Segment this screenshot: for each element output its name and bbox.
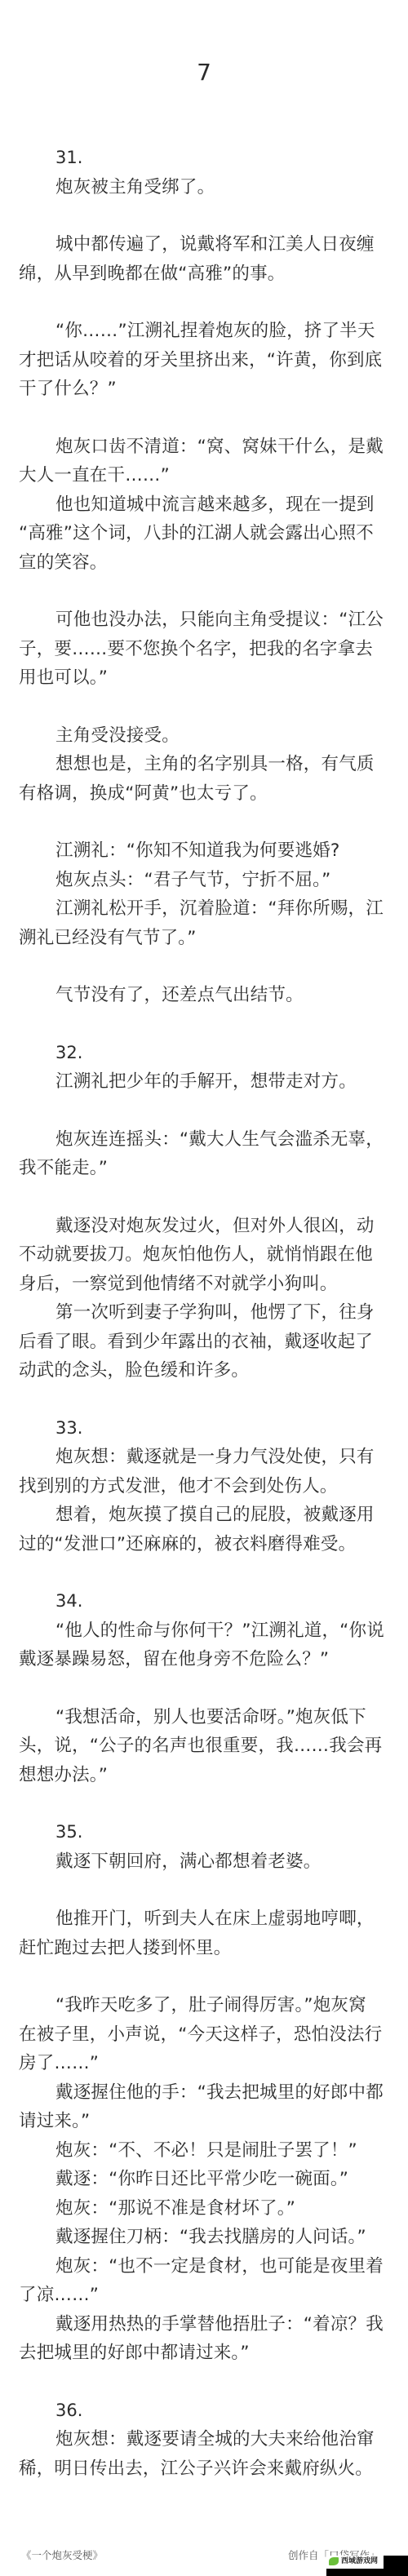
text-line: 江溯礼松开手，沉着脸道：“拜你所赐，江 [19,894,391,924]
text-line: “他人的性命与你何干？”江溯礼道，“你说 [19,1616,391,1646]
text-line: 赶忙跑过去把人搂到怀里。 [19,1934,391,1963]
text-line: 江溯礼把少年的手解开，想带走对方。 [19,1067,391,1097]
text-line: 戴逐用热热的手掌替他捂肚子：“着凉？我 [19,2310,391,2339]
text-line: 戴逐握住他的手：“我去把城里的好郎中都 [19,2078,391,2108]
paragraph-gap [19,1876,391,1904]
paragraph: 戴逐握住他的手：“我去把城里的好郎中都请过来。” [19,2078,391,2136]
footer: 《一个炮灰受梗》 创作自「口袋写作」 西域游戏网 [0,2544,408,2576]
paragraph-gap [19,808,391,836]
text-line: 有格调，换成“阿黄”也太亏了。 [19,779,391,809]
text-line: 江溯礼：“你知不知道我为何要逃婚? [19,836,391,866]
watermark: 西域游戏网 [326,2556,408,2576]
paragraph: 炮灰口齿不清道：“窝、窝妹干什么，是戴大人一直在干……” [19,432,391,490]
text-line: 炮灰：“不、不必！只是闹肚子罢了！” [19,2136,391,2166]
text-line: 戴逐没对炮灰发过火，但对外人很凶，动 [19,1212,391,1241]
paragraph: 炮灰想：戴逐就是一身力气没处使，只有找到别的方式发泄，他才不会到处伤人。 [19,1443,391,1501]
text-line: 稀，明日传出去，江公子兴许会来戴府纵火。 [19,2454,391,2484]
paragraph: 气节没有了，还差点气出结节。 [19,981,391,1010]
section-number: 33. [19,1414,391,1443]
section-number: 34. [19,1587,391,1616]
paragraph: 炮灰：“也不一定是食材，也可能是夜里着了凉……” [19,2252,391,2310]
page-number: 7 [0,59,408,86]
paragraph: 炮灰连连摇头：“戴大人生气会滥杀无辜，我不能走。” [19,1125,391,1183]
text-line: 戴逐下朝回府，满心都想着老婆。 [19,1847,391,1877]
paragraph: 戴逐用热热的手掌替他捂肚子：“着凉？我去把城里的好郎中都请过来。” [19,2310,391,2368]
text-line: 城中都传遍了，说戴将军和江美人日夜缠 [19,230,391,259]
leaf-logo-icon [329,2557,339,2565]
paragraph: “你……”江溯礼捏着炮灰的脸，挤了半天才把话从咬着的牙关里挤出来，“许黄，你到底… [19,317,391,404]
paragraph: 戴逐没对炮灰发过火，但对外人很凶，动不动就要拔刀。炮灰怕他伤人，就悄悄跟在他身后… [19,1212,391,1299]
text-line: 不动就要拔刀。炮灰怕他伤人，就悄悄跟在他 [19,1240,391,1270]
text-line: 戴逐握住刀柄：“我去找膳房的人问话。” [19,2223,391,2252]
paragraph-gap [19,1962,391,1991]
section-number: 31. [19,144,391,173]
text-line: “高雅”这个词，八卦的江湖人就会露出心照不 [19,519,391,548]
text-line: 去把城里的好郎中都请过来。” [19,2339,391,2368]
text-line: 宣的笑容。 [19,548,391,578]
paragraph: 可他也没办法，只能向主角受提议：“江公子，要……要不您换个名字，把我的名字拿去用… [19,605,391,693]
text-line: 炮灰想：戴逐就是一身力气没处使，只有 [19,1443,391,1472]
text-line: 他推开门，听到夫人在床上虚弱地哼唧， [19,1904,391,1934]
book-title: 《一个炮灰受梗》 [21,2547,103,2562]
paragraph-gap [19,1558,391,1587]
text-line: “我想活命，别人也要活命呀。”炮灰低下 [19,1703,391,1732]
paragraph: “我昨天吃多了，肚子闹得厉害。”炮灰窝在被子里，小声说，“今天这样子，恐怕没法行… [19,1991,391,2078]
paragraph-gap [19,404,391,432]
paragraph: 他推开门，听到夫人在床上虚弱地哼唧，赶忙跑过去把人搂到怀里。 [19,1904,391,1962]
text-line: “我昨天吃多了，肚子闹得厉害。”炮灰窝 [19,1991,391,2020]
text-line: 房了……” [19,2049,391,2078]
text-line: 动武的念头，脸色缓和许多。 [19,1356,391,1386]
paragraph: 想想也是，主角的名字别具一格，有气质有格调，换成“阿黄”也太亏了。 [19,750,391,808]
paragraph: “我想活命，别人也要活命呀。”炮灰低下头，说，“公子的名声也很重要，我……我会再… [19,1703,391,1790]
text-line: 他也知道城中流言越来越多，现在一提到 [19,490,391,520]
paragraph: 戴逐下朝回府，满心都想着老婆。 [19,1847,391,1877]
paragraph-gap [19,2368,391,2396]
text-line: 气节没有了，还差点气出结节。 [19,981,391,1010]
paragraph: “他人的性命与你何干？”江溯礼道，“你说戴逐暴躁易怒，留在他身旁不危险么？” [19,1616,391,1674]
paragraph: 炮灰：“不、不必！只是闹肚子罢了！” [19,2136,391,2166]
text-line: 了凉……” [19,2281,391,2310]
text-line: 大人一直在干……” [19,461,391,490]
paragraph-gap [19,1386,391,1414]
paragraph-gap [19,1183,391,1212]
watermark-text: 西域游戏网 [341,2557,378,2565]
text-line: 炮灰被主角受绑了。 [19,173,391,202]
text-line: 在被子里，小声说，“今天这样子，恐怕没法行 [19,2020,391,2050]
text-line: 炮灰想：戴逐要请全城的大夫来给他治窜 [19,2425,391,2454]
paragraph-gap [19,1010,391,1039]
text-line: 炮灰：“那说不准是食材坏了。” [19,2194,391,2224]
text-line: 戴逐暴躁易怒，留在他身旁不危险么？” [19,1645,391,1674]
paragraph-gap [19,577,391,605]
paragraph: 戴逐：“你昨日还比平常少吃一碗面。” [19,2165,391,2194]
paragraph: 江溯礼松开手，沉着脸道：“拜你所赐，江溯礼已经没有气节了。” [19,894,391,952]
text-line: 炮灰口齿不清道：“窝、窝妹干什么，是戴 [19,432,391,462]
paragraph-gap [19,1674,391,1703]
text-line: 绵，从早到晚都在做“高雅”的事。 [19,259,391,289]
paragraph: 戴逐握住刀柄：“我去找膳房的人问话。” [19,2223,391,2252]
text-line: 溯礼已经没有气节了。” [19,924,391,953]
paragraph: 炮灰：“那说不准是食材坏了。” [19,2194,391,2224]
paragraph: 炮灰被主角受绑了。 [19,173,391,202]
paragraph: 炮灰点头：“君子气节，宁折不屈。” [19,866,391,895]
text-line: 我不能走。” [19,1154,391,1183]
paragraph: 想着，炮灰摸了摸自己的屁股，被戴逐用过的“发泄口”还麻麻的，被衣料磨得难受。 [19,1501,391,1558]
text-line: 才把话从咬着的牙关里挤出来，“许黄，你到底 [19,346,391,375]
text-line: 想想办法。” [19,1761,391,1790]
text-line: “你……”江溯礼捏着炮灰的脸，挤了半天 [19,317,391,346]
text-line: 想想也是，主角的名字别具一格，有气质 [19,750,391,779]
text-line: 戴逐：“你昨日还比平常少吃一碗面。” [19,2165,391,2194]
text-line: 找到别的方式发泄，他才不会到处伤人。 [19,1472,391,1501]
story-content: 31.炮灰被主角受绑了。城中都传遍了，说戴将军和江美人日夜缠绵，从早到晚都在做“… [19,144,391,2483]
text-line: 炮灰：“也不一定是食材，也可能是夜里着 [19,2252,391,2281]
paragraph: 城中都传遍了，说戴将军和江美人日夜缠绵，从早到晚都在做“高雅”的事。 [19,230,391,288]
text-line: 第一次听到妻子学狗叫，他愣了下，往身 [19,1298,391,1328]
text-line: 身后，一察觉到他情绪不对就学小狗叫。 [19,1270,391,1299]
text-line: 用也可以。” [19,663,391,693]
text-line: 主角受没接受。 [19,721,391,751]
paragraph-gap [19,202,391,230]
section-number: 36. [19,2396,391,2426]
paragraph-gap [19,1789,391,1818]
text-line: 炮灰连连摇头：“戴大人生气会滥杀无辜， [19,1125,391,1155]
text-line: 过的“发泄口”还麻麻的，被衣料磨得难受。 [19,1530,391,1559]
text-line: 干了什么？” [19,375,391,404]
section-number: 35. [19,1818,391,1847]
text-line: 后看了眼。看到少年露出的衣袖，戴逐收起了 [19,1328,391,1357]
paragraph-gap [19,952,391,981]
paragraph: 他也知道城中流言越来越多，现在一提到“高雅”这个词，八卦的江湖人就会露出心照不宣… [19,490,391,578]
text-line: 可他也没办法，只能向主角受提议：“江公 [19,605,391,635]
paragraph: 第一次听到妻子学狗叫，他愣了下，往身后看了眼。看到少年露出的衣袖，戴逐收起了动武… [19,1298,391,1386]
paragraph: 主角受没接受。 [19,721,391,751]
paragraph: 江溯礼：“你知不知道我为何要逃婚? [19,836,391,866]
text-line: 炮灰点头：“君子气节，宁折不屈。” [19,866,391,895]
text-line: 请过来。” [19,2107,391,2136]
paragraph: 江溯礼把少年的手解开，想带走对方。 [19,1067,391,1097]
paragraph-gap [19,693,391,721]
text-line: 子，要……要不您换个名字，把我的名字拿去 [19,635,391,664]
paragraph: 炮灰想：戴逐要请全城的大夫来给他治窜稀，明日传出去，江公子兴许会来戴府纵火。 [19,2425,391,2483]
text-line: 头，说，“公子的名声也很重要，我……我会再 [19,1731,391,1761]
paragraph-gap [19,1097,391,1125]
paragraph-gap [19,288,391,317]
section-number: 32. [19,1039,391,1068]
text-line: 想着，炮灰摸了摸自己的屁股，被戴逐用 [19,1501,391,1530]
